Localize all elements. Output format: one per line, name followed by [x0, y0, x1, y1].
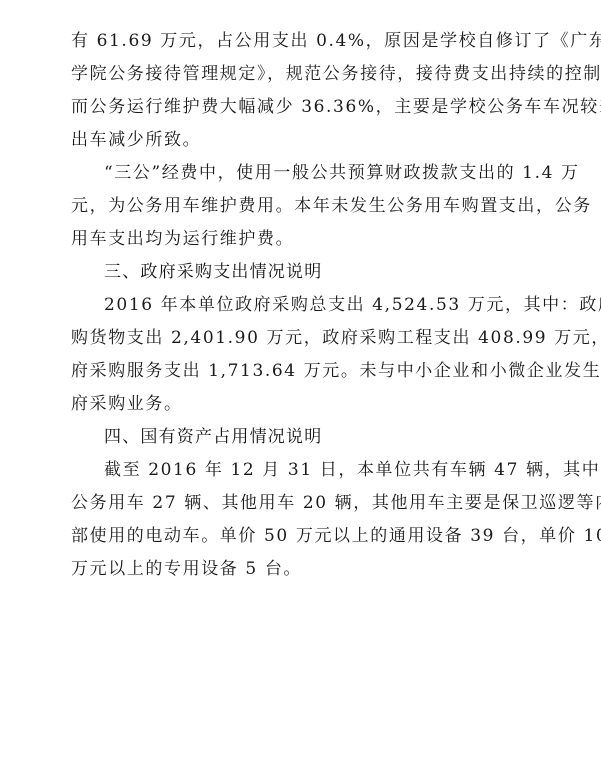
- document-page: 有 61.69 万元，占公用支出 0.4%，原因是学校自修订了《广东医 学院公务…: [71, 25, 534, 586]
- paragraph-procurement: 2016 年本单位政府采购总支出 4,524.53 万元，其中：政府采 购货物支…: [71, 289, 534, 421]
- section-heading-state-assets: 四、国有资产占用情况说明: [71, 421, 534, 454]
- text-line: 府采购业务。: [71, 388, 534, 421]
- text-line: 用车支出均为运行维护费。: [71, 223, 534, 256]
- text-line: 府采购服务支出 1,713.64 万元。未与中小企业和小微企业发生政: [71, 355, 534, 388]
- paragraph-state-assets: 截至 2016 年 12 月 31 日，本单位共有车辆 47 辆，其中一般 公务…: [71, 454, 534, 586]
- text-line: 截至 2016 年 12 月 31 日，本单位共有车辆 47 辆，其中一般: [71, 454, 534, 487]
- paragraph-hospitality-expense: 有 61.69 万元，占公用支出 0.4%，原因是学校自修订了《广东医 学院公务…: [71, 25, 534, 157]
- text-line: 出车减少所致。: [71, 124, 534, 157]
- text-line: 元，为公务用车维护费用。本年未发生公务用车购置支出，公务: [71, 190, 534, 223]
- text-line: 而公务运行维护费大幅减少 36.36%，主要是学校公务车车况较差，: [71, 91, 534, 124]
- text-line: 部使用的电动车。单价 50 万元以上的通用设备 39 台，单价 100: [71, 520, 534, 553]
- text-line: 2016 年本单位政府采购总支出 4,524.53 万元，其中：政府采: [71, 289, 534, 322]
- text-line: 学院公务接待管理规定》，规范公务接待，接待费支出持续的控制；: [71, 58, 534, 91]
- text-line: 有 61.69 万元，占公用支出 0.4%，原因是学校自修订了《广东医: [71, 25, 534, 58]
- section-heading-procurement: 三、政府采购支出情况说明: [71, 256, 534, 289]
- text-line: 公务用车 27 辆、其他用车 20 辆，其他用车主要是保卫巡逻等内: [71, 487, 534, 520]
- paragraph-three-public-funds: “三公”经费中，使用一般公共预算财政拨款支出的 1.4 万 元，为公务用车维护费…: [71, 157, 534, 256]
- text-line: 万元以上的专用设备 5 台。: [71, 553, 534, 586]
- text-line: “三公”经费中，使用一般公共预算财政拨款支出的 1.4 万: [71, 157, 534, 190]
- text-line: 购货物支出 2,401.90 万元，政府采购工程支出 408.99 万元，政: [71, 322, 534, 355]
